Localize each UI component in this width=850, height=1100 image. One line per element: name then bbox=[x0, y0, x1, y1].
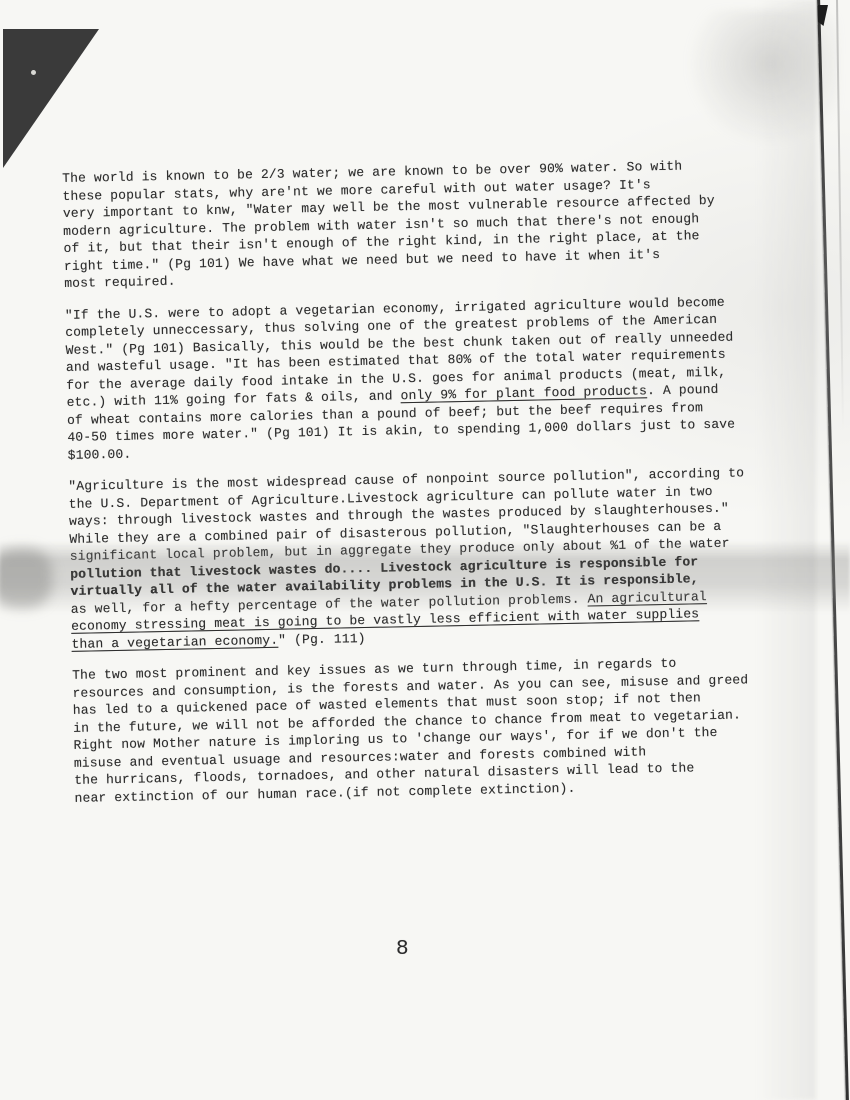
underlined-text: than a vegetarian economy. bbox=[71, 632, 278, 651]
text-segment: " (Pg. 111) bbox=[278, 631, 366, 648]
scan-edge-line bbox=[817, 0, 849, 1100]
page-number: 8 bbox=[396, 938, 409, 961]
scanned-page: The world is known to be 2/3 water; we a… bbox=[0, 0, 850, 1100]
document-text: The world is known to be 2/3 water; we a… bbox=[62, 156, 785, 821]
text-segment: . A pound bbox=[647, 382, 719, 398]
scan-faint-line bbox=[836, 0, 844, 430]
underlined-text: An agricultural bbox=[587, 589, 707, 606]
paragraph: The two most prominent and key issues as… bbox=[72, 653, 785, 807]
folded-corner bbox=[3, 29, 99, 168]
paragraph: "If the U.S. were to adopt a vegetarian … bbox=[65, 292, 778, 464]
photocopy-smear-left bbox=[0, 548, 52, 608]
paragraph: The world is known to be 2/3 water; we a… bbox=[62, 156, 774, 293]
text-segment: most required. bbox=[64, 274, 176, 291]
text-segment: $100.00. bbox=[68, 446, 132, 462]
paragraph: "Agriculture is the most widespread caus… bbox=[68, 464, 781, 653]
corner-speck bbox=[31, 70, 36, 75]
